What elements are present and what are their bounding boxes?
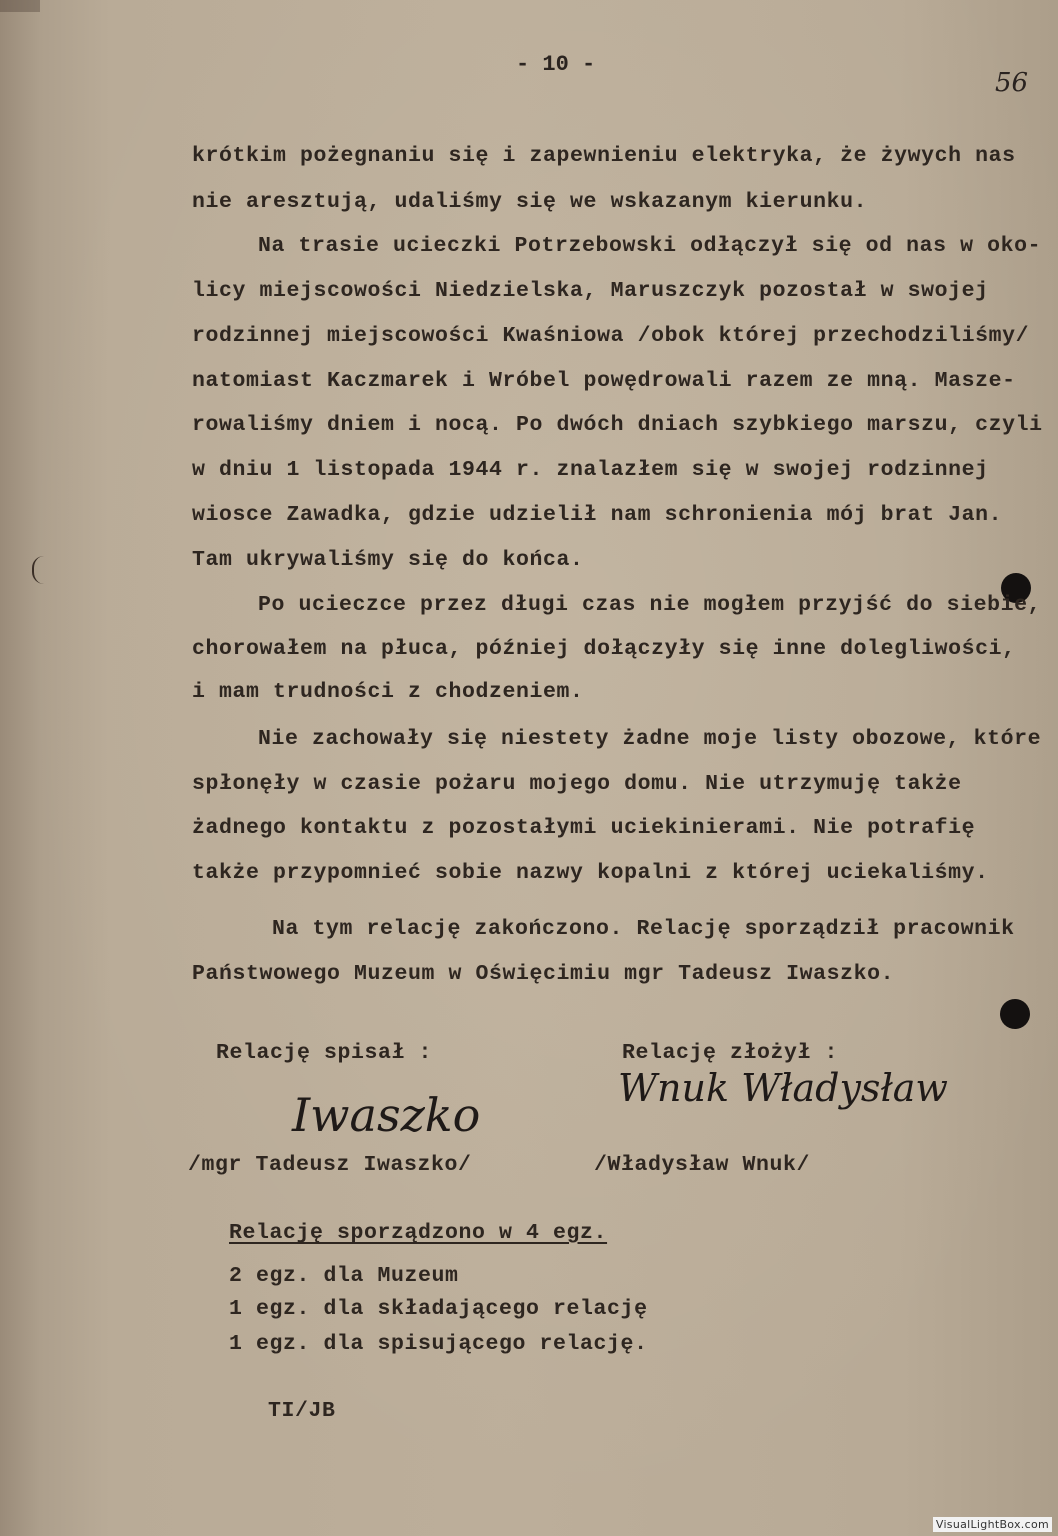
left-handwritten-signature: Iwaszko — [292, 1088, 480, 1142]
text-line: Na tym relację zakończono. Relację sporz… — [272, 917, 1015, 941]
watermark: VisualLightBox.com — [933, 1517, 1052, 1532]
copies-item: 2 egz. dla Muzeum — [229, 1264, 459, 1288]
text-line: krótkim pożegnaniu się i zapewnieniu ele… — [192, 144, 1016, 168]
left-signature-label: Relację spisał : — [216, 1041, 432, 1065]
page-number: - 10 - — [516, 52, 595, 77]
text-line: wiosce Zawadka, gdzie udzielił nam schro… — [192, 503, 1002, 527]
text-line: licy miejscowości Niedzielska, Maruszczy… — [192, 279, 989, 303]
left-printed-name: /mgr Tadeusz Iwaszko/ — [188, 1153, 472, 1177]
text-line: Państwowego Muzeum w Oświęcimiu mgr Tade… — [192, 962, 894, 986]
typist-initials: TI/JB — [268, 1399, 336, 1423]
text-line: Tam ukrywaliśmy się do końca. — [192, 548, 584, 572]
text-line: rodzinnej miejscowości Kwaśniowa /obok k… — [192, 324, 1029, 348]
copies-item: 1 egz. dla składającego relację — [229, 1297, 648, 1321]
text-line: Nie zachowały się niestety żadne moje li… — [258, 727, 1041, 751]
text-line: także przypomnieć sobie nazwy kopalni z … — [192, 861, 989, 885]
folio-number: 56 — [995, 68, 1028, 98]
text-line: rowaliśmy dniem i nocą. Po dwóch dniach … — [192, 413, 1043, 437]
right-handwritten-signature: Wnuk Władysław — [618, 1066, 948, 1110]
text-line: w dniu 1 listopada 1944 r. znalazłem się… — [192, 458, 989, 482]
text-line: spłonęły w czasie pożaru mojego domu. Ni… — [192, 772, 962, 796]
text-line: żadnego kontaktu z pozostałymi uciekinie… — [192, 816, 975, 840]
text-line: Po ucieczce przez długi czas nie mogłem … — [258, 593, 1041, 617]
copies-item: 1 egz. dla spisującego relację. — [229, 1332, 648, 1356]
right-printed-name: /Władysław Wnuk/ — [594, 1153, 810, 1177]
text-line: nie aresztują, udaliśmy się we wskazanym… — [192, 190, 867, 214]
punch-hole-lower — [1000, 999, 1030, 1029]
text-line: chorowałem na płuca, później dołączyły s… — [192, 637, 1016, 661]
text-line: i mam trudności z chodzeniem. — [192, 680, 584, 704]
text-line: Na trasie ucieczki Potrzebowski odłączył… — [258, 234, 1041, 258]
right-signature-label: Relację złożył : — [622, 1041, 838, 1065]
copies-heading: Relację sporządzono w 4 egz. — [229, 1221, 607, 1245]
paper-edge-shadow — [0, 0, 40, 12]
margin-mark — [32, 556, 44, 584]
text-line: natomiast Kaczmarek i Wróbel powędrowali… — [192, 369, 1016, 393]
